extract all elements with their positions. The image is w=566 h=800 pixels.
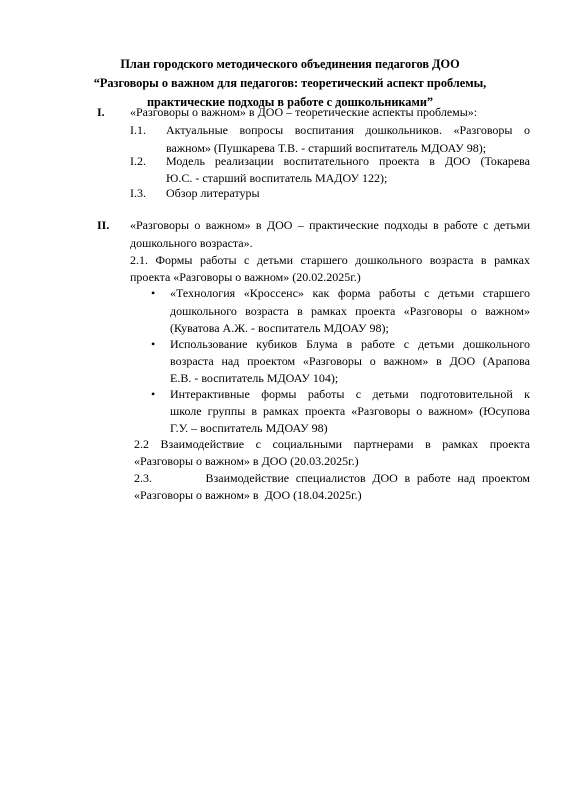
item-text: Обзор литературы	[166, 184, 260, 203]
bullet-text: дошкольного возраста в рамках проекта «Р…	[170, 302, 530, 321]
section-heading: «Разговоры о важном» в ДОО – практически…	[130, 216, 530, 235]
subsection-text: 2.2 Взаимодействие с социальными партнер…	[134, 435, 530, 454]
subsection-text: 2.3. Взаимодействие специалистов ДОО в р…	[134, 469, 530, 488]
title-line: “Разговоры о важном для педагогов: теоре…	[70, 74, 510, 93]
subsection-text: «Разговоры о важном» в ДОО (20.03.2025г.…	[134, 452, 359, 471]
subsection-text: «Разговоры о важном» в ДОО (18.04.2025г.…	[134, 486, 362, 505]
subsection-text: 2.1. Формы работы с детьми старшего дошк…	[130, 251, 530, 270]
section-numeral: II.	[97, 216, 109, 235]
title-line: План городского методического объединени…	[90, 55, 490, 74]
item-number: I.2.	[130, 152, 146, 171]
bullet-text: Интерактивные формы работы с детьми подг…	[170, 385, 530, 404]
item-text: Модель реализации воспитательного проект…	[166, 152, 530, 171]
bullet-icon: •	[151, 385, 155, 404]
bullet-icon: •	[151, 335, 155, 354]
bullet-text: возраста над проектом «Разговоры о важно…	[170, 352, 530, 371]
section-heading: «Разговоры о важном» в ДОО – теоретическ…	[130, 103, 477, 122]
bullet-text: «Технология «Кроссенс» как форма работы …	[170, 284, 530, 303]
section-heading: дошкольного возраста».	[130, 234, 253, 253]
bullet-text: школе группы в рамках проекта «Разговоры…	[170, 402, 530, 421]
document-page: План городского методического объединени…	[0, 0, 566, 800]
bullet-text: Использование кубиков Блума в работе с д…	[170, 335, 530, 354]
item-text: Актуальные вопросы воспитания дошкольник…	[166, 121, 530, 140]
item-number: I.3.	[130, 184, 146, 203]
item-number: I.1.	[130, 121, 146, 140]
section-numeral: I.	[97, 103, 105, 122]
bullet-icon: •	[151, 284, 155, 303]
